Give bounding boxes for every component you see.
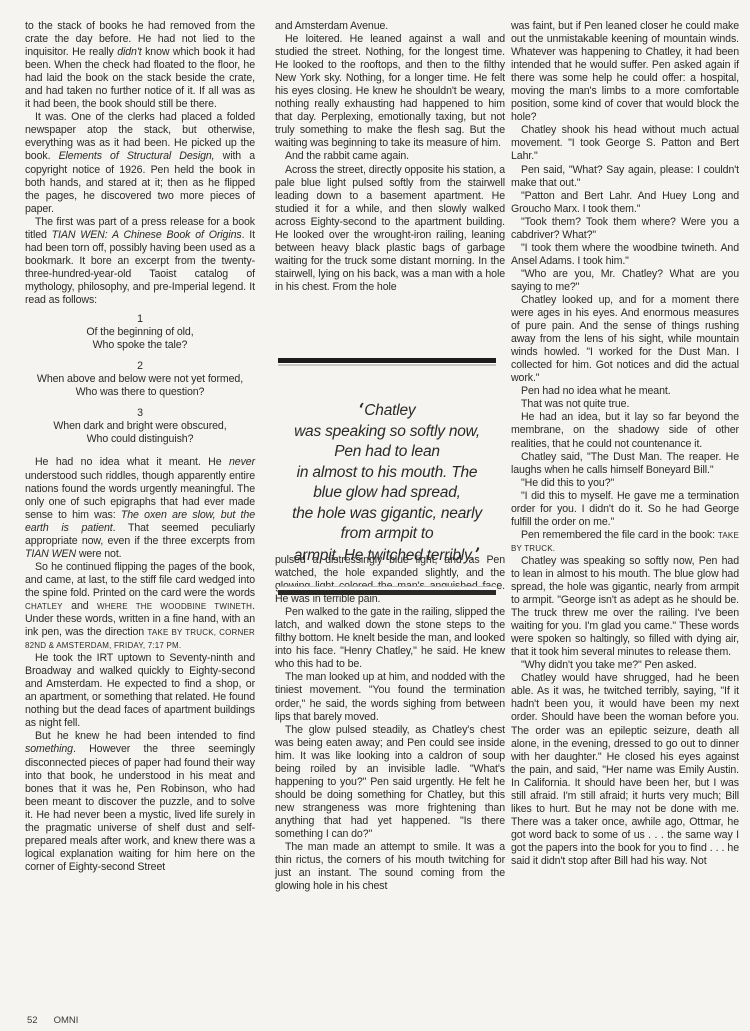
paragraph: The man made an attempt to smile. It was… xyxy=(275,841,505,893)
poem-stanza: 2 When above and below were not yet form… xyxy=(25,360,255,399)
paragraph: It was. One of the clerks had placed a f… xyxy=(25,111,255,215)
paragraph: to the stack of books he had removed fro… xyxy=(25,20,255,111)
pullquote-bottom-rule xyxy=(278,590,496,595)
paragraph: "Took them? Took them where? Were you a … xyxy=(511,216,739,242)
paragraph: Chatley said, "The Dust Man. The reaper.… xyxy=(511,451,739,477)
paragraph: He had an idea, but it lay so far beyond… xyxy=(511,411,739,450)
text-column-1: to the stack of books he had removed fro… xyxy=(25,20,255,874)
paragraph: The man looked up at him, and nodded wit… xyxy=(275,671,505,723)
page-folio: 52OMNI xyxy=(27,1015,94,1026)
paragraph: But he knew he had been intended to find… xyxy=(25,730,255,874)
paragraph: Pen remembered the file card in the book… xyxy=(511,529,739,555)
paragraph: Chatley looked up, and for a moment ther… xyxy=(511,294,739,385)
poem-excerpt: 1 Of the beginning of old, Who spoke the… xyxy=(25,313,255,446)
close-quote-mark-icon: ’ xyxy=(475,545,481,565)
paragraph: "I did this to myself. He gave me a term… xyxy=(511,490,739,529)
paragraph: He had no idea what it meant. He never u… xyxy=(25,456,255,560)
paragraph: "Patton and Bert Lahr. And Huey Long and… xyxy=(511,190,739,216)
paragraph: and Amsterdam Avenue. xyxy=(275,20,505,33)
paragraph: was faint, but if Pen leaned closer he c… xyxy=(511,20,739,124)
paragraph: And the rabbit came again. xyxy=(275,150,505,163)
paragraph: "Why didn't you take me?" Pen asked. xyxy=(511,659,739,672)
page-number: 52 xyxy=(27,1015,38,1026)
paragraph: So he continued flipping the pages of th… xyxy=(25,561,255,652)
pullquote: ‘Chatley was speaking so softly now, Pen… xyxy=(272,400,502,566)
text-column-3: was faint, but if Pen leaned closer he c… xyxy=(511,20,739,868)
paragraph: The glow pulsed steadily, as Chatley's c… xyxy=(275,724,505,841)
publication-name: OMNI xyxy=(54,1015,79,1026)
paragraph: Across the street, directly opposite his… xyxy=(275,164,505,294)
paragraph: He took the IRT uptown to Seventy-ninth … xyxy=(25,652,255,730)
paragraph: Pen had no idea what he meant. xyxy=(511,385,739,398)
pullquote-top-rule xyxy=(278,358,496,364)
poem-stanza: 3 When dark and bright were obscured, Wh… xyxy=(25,407,255,446)
paragraph: "Who are you, Mr. Chatley? What are you … xyxy=(511,268,739,294)
paragraph: Pen walked to the gate in the railing, s… xyxy=(275,606,505,671)
paragraph: That was not quite true. xyxy=(511,398,739,411)
paragraph: Chatley was speaking so softly now, Pen … xyxy=(511,555,739,659)
paragraph: He loitered. He leaned against a wall an… xyxy=(275,33,505,150)
paragraph: "He did this to you?" xyxy=(511,477,739,490)
paragraph: The first was part of a press release fo… xyxy=(25,216,255,307)
poem-stanza: 1 Of the beginning of old, Who spoke the… xyxy=(25,313,255,352)
paragraph: Chatley would have shrugged, had he been… xyxy=(511,672,739,868)
paragraph: "I took them where the woodbine twineth.… xyxy=(511,242,739,268)
paragraph: Pen said, "What? Say again, please: I co… xyxy=(511,164,739,190)
paragraph: Chatley shook his head without much actu… xyxy=(511,124,739,163)
